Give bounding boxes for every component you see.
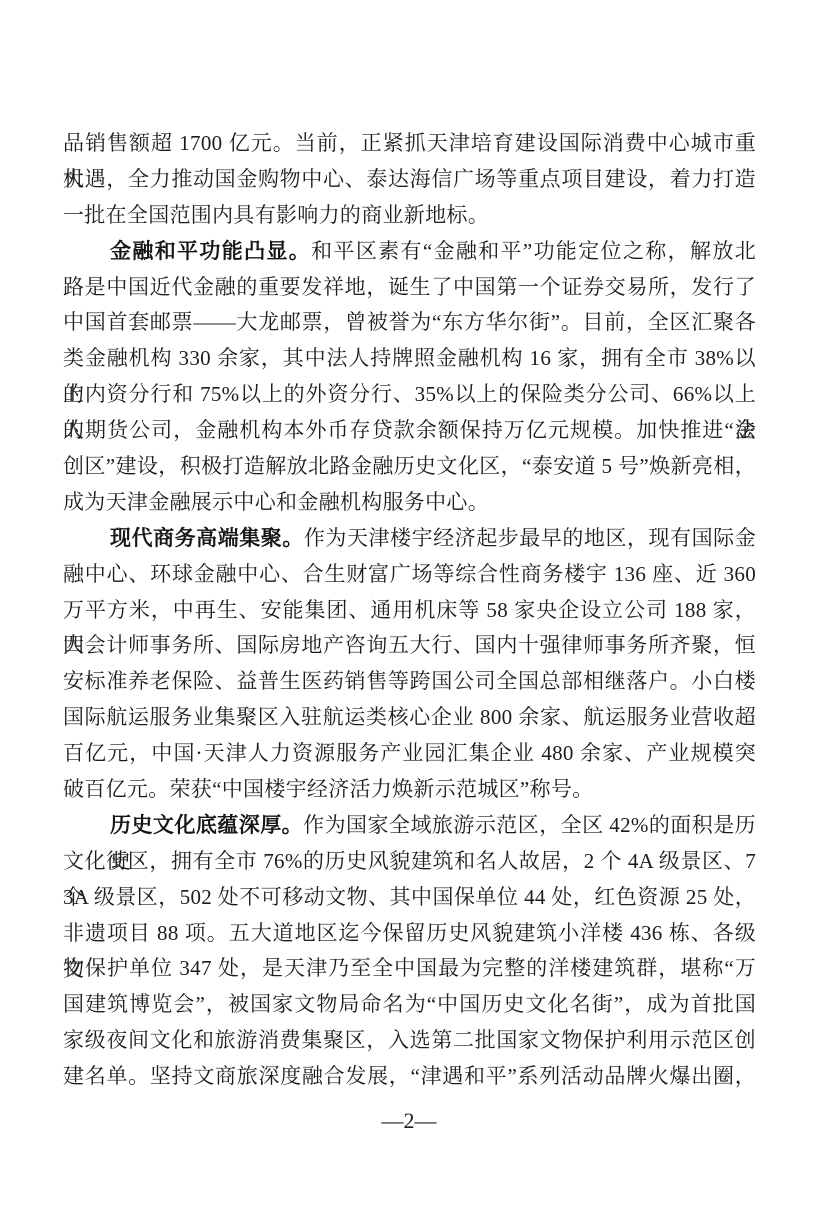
text-line: 成为天津金融展示中心和金融机构服务中心。 bbox=[63, 485, 756, 521]
text-line: 现代商务高端集聚。作为天津楼宇经济起步最早的地区，现有国际金 bbox=[63, 521, 756, 557]
text-line: 中国首套邮票——大龙邮票，曾被誉为“东方华尔街”。目前，全区汇聚各 bbox=[63, 305, 756, 341]
page-number: —2— bbox=[0, 1108, 818, 1134]
text-line: 国建筑博览会”，被国家文物局命名为“中国历史文化名街”，成为首批国 bbox=[63, 987, 756, 1023]
text-line: 路是中国近代金融的重要发祥地，诞生了中国第一个证券交易所，发行了 bbox=[63, 270, 756, 306]
text-line: 建名单。坚持文商旅深度融合发展，“津遇和平”系列活动品牌火爆出圈， bbox=[63, 1059, 756, 1095]
line-text: 作为天津楼宇经济起步最早的地区，现有国际金 bbox=[304, 526, 756, 550]
text-line: 类金融机构 330 余家，其中法人持牌照金融机构 16 家，拥有全市 38%以上 bbox=[63, 341, 756, 377]
text-line: 破百亿元。荣获“中国楼宇经济活力焕新示范城区”称号。 bbox=[63, 772, 756, 808]
paragraph-lead: 现代商务高端集聚。 bbox=[110, 527, 304, 550]
document-body: 品销售额超 1700 亿元。当前，正紧抓天津培育建设国际消费中心城市重大 机遇，… bbox=[63, 126, 756, 1095]
text-line: 品销售额超 1700 亿元。当前，正紧抓天津培育建设国际消费中心城市重大 bbox=[63, 126, 756, 162]
text-line: 创区”建设，积极打造解放北路金融历史文化区，“泰安道 5 号”焕新亮相， bbox=[63, 449, 756, 485]
text-line: 金融和平功能凸显。和平区素有“金融和平”功能定位之称，解放北 bbox=[63, 234, 756, 270]
text-line: 家级夜间文化和旅游消费集聚区，入选第二批国家文物保护利用示范区创 bbox=[63, 1023, 756, 1059]
text-line: 文化街区，拥有全市 76%的历史风貌建筑和名人故居，2 个 4A 级景区、7 个 bbox=[63, 844, 756, 880]
text-line: 融中心、环球金融中心、合生财富广场等综合性商务楼宇 136 座、近 360 bbox=[63, 557, 756, 593]
text-line: 非遗项目 88 项。五大道地区迄今保留历史风貌建筑小洋楼 436 栋、各级文 bbox=[63, 916, 756, 952]
text-line: 安标准养老保险、益普生医药销售等跨国公司全国总部相继落户。小白楼 bbox=[63, 664, 756, 700]
paragraph-lead: 历史文化底蕴深厚。 bbox=[110, 814, 303, 837]
text-line: 3A 级景区，502 处不可移动文物、其中国保单位 44 处，红色资源 25 处… bbox=[63, 880, 756, 916]
document-page: 品销售额超 1700 亿元。当前，正紧抓天津培育建设国际消费中心城市重大 机遇，… bbox=[0, 0, 818, 1228]
text-line: 人期货公司，金融机构本外币存贷款余额保持万亿元规模。加快推进“金 bbox=[63, 413, 756, 449]
text-line: 历史文化底蕴深厚。作为国家全域旅游示范区，全区 42%的面积是历史 bbox=[63, 808, 756, 844]
line-text: 和平区素有“金融和平”功能定位之称，解放北 bbox=[311, 239, 756, 263]
text-line: 万平方米，中再生、安能集团、通用机床等 58 家央企设立公司 188 家，四 bbox=[63, 593, 756, 629]
text-line: 百亿元，中国·天津人力资源服务产业园汇集企业 480 余家、产业规模突 bbox=[63, 736, 756, 772]
text-line: 物保护单位 347 处，是天津乃至全中国最为完整的洋楼建筑群，堪称“万 bbox=[63, 951, 756, 987]
text-line: 机遇，全力推动国金购物中心、泰达海信广场等重点项目建设，着力打造 bbox=[63, 162, 756, 198]
text-line: 一批在全国范围内具有影响力的商业新地标。 bbox=[63, 198, 756, 234]
paragraph-lead: 金融和平功能凸显。 bbox=[110, 240, 311, 263]
text-line: 大会计师事务所、国际房地产咨询五大行、国内十强律师事务所齐聚，恒 bbox=[63, 628, 756, 664]
text-line: 的内资分行和 75%以上的外资分行、35%以上的保险类分公司、66%以上的法 bbox=[63, 377, 756, 413]
text-line: 国际航运服务业集聚区入驻航运类核心企业 800 余家、航运服务业营收超 bbox=[63, 700, 756, 736]
